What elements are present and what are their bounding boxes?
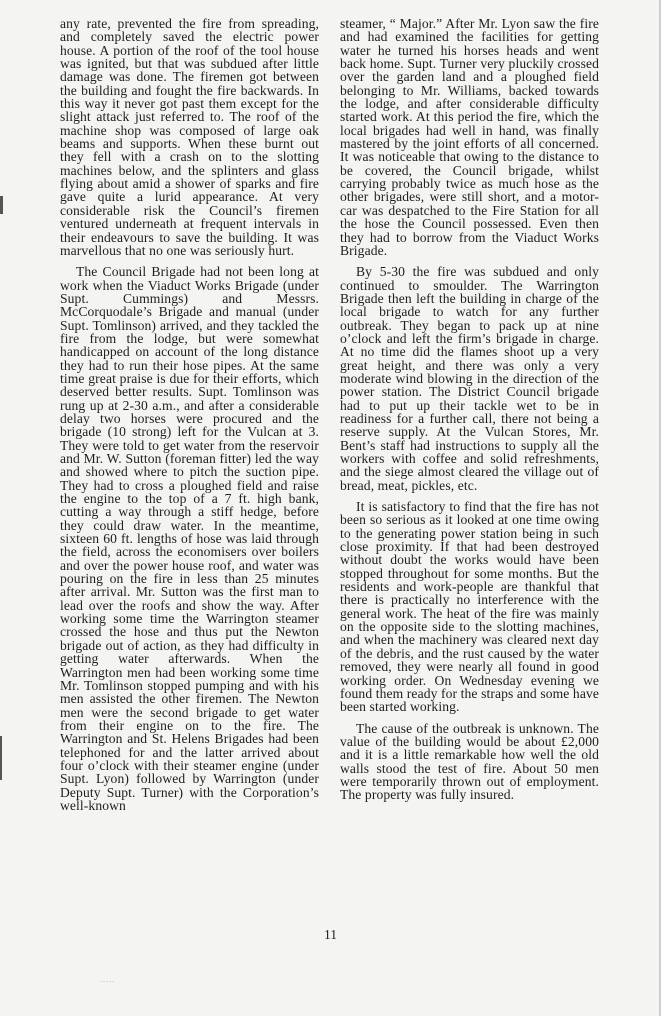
- paragraph: steamer, “ Major.” After Mr. Lyon saw th…: [340, 17, 599, 257]
- binding-mark: [0, 196, 3, 214]
- left-column: any rate, prevented the fire from spread…: [60, 17, 319, 820]
- paragraph: It is satisfactory to find that the fire…: [340, 500, 599, 714]
- page-number: 11: [0, 927, 661, 943]
- paragraph: The cause of the outbreak is unknown. Th…: [340, 722, 599, 802]
- right-column: steamer, “ Major.” After Mr. Lyon saw th…: [340, 17, 599, 810]
- binding-mark: [0, 736, 2, 780]
- paragraph: By 5-30 the fire was subdued and only co…: [340, 265, 599, 492]
- paragraph: any rate, prevented the fire from spread…: [60, 17, 319, 257]
- paragraph: The Council Brigade had not been long at…: [60, 265, 319, 812]
- stray-marks: .....: [100, 975, 115, 984]
- scanned-page: any rate, prevented the fire from spread…: [0, 0, 661, 1016]
